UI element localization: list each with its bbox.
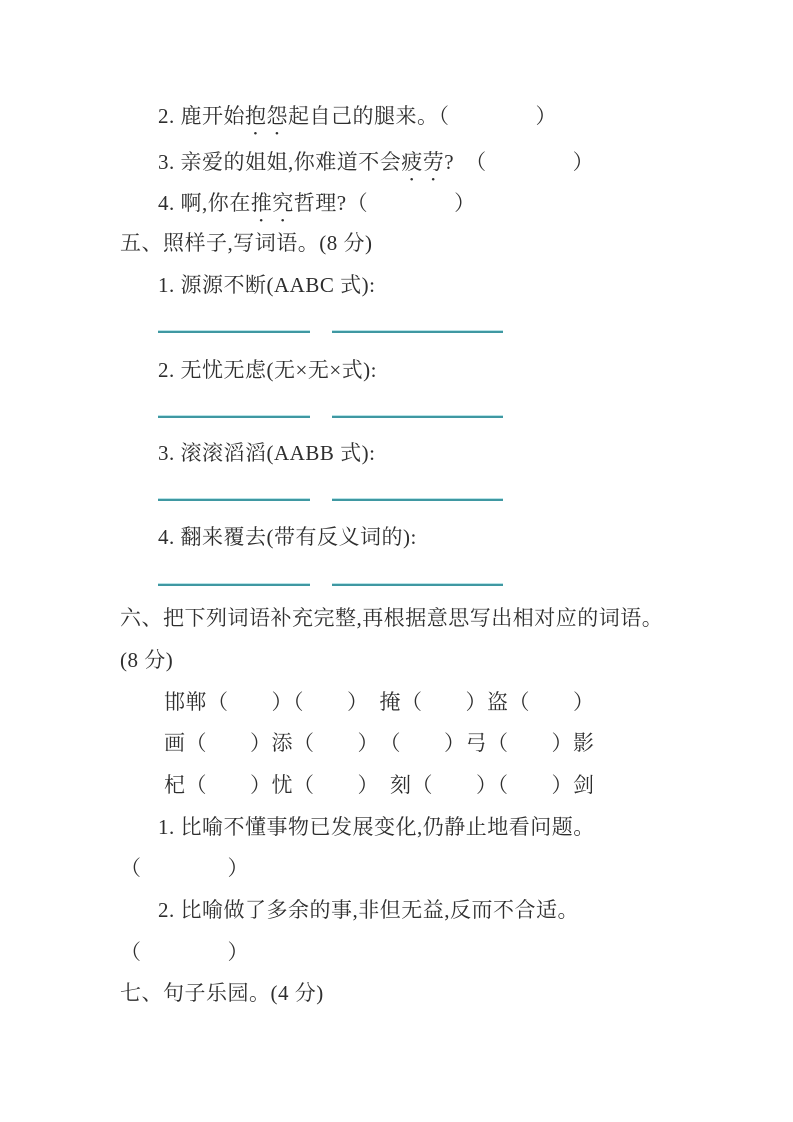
sentence-item-3: 3. 亲爱的姐姐,你难道不会疲劳? （ ） bbox=[158, 148, 594, 186]
sentence-item-2: 2. 鹿开始抱怨起自己的腿来。（ ） bbox=[158, 102, 557, 140]
sentence-3-pre: 3. 亲爱的姐姐,你难道不会 bbox=[158, 150, 401, 174]
section5-item-4: 4. 翻来覆去(带有反义词的): bbox=[158, 523, 417, 551]
answer-blank-line bbox=[332, 416, 503, 418]
sentence-3-emphasized-word: 疲劳 bbox=[401, 150, 444, 174]
section6-question-1: 1. 比喻不懂事物已发展变化,仍静止地看问题。 bbox=[158, 813, 595, 841]
idiom-fill-row-1: 邯郸（ ）（ ） 掩（ ）盗（ ） bbox=[164, 688, 595, 716]
answer-blank-line bbox=[158, 416, 310, 418]
answer-blank-row-4 bbox=[158, 584, 503, 588]
sentence-3-post: ? （ ） bbox=[444, 150, 594, 174]
answer-blank-row-3 bbox=[158, 499, 503, 503]
answer-blank-line bbox=[158, 331, 310, 333]
worksheet-page: 2. 鹿开始抱怨起自己的腿来。（ ） 3. 亲爱的姐姐,你难道不会疲劳? （ ）… bbox=[0, 0, 793, 1122]
section5-item-1: 1. 源源不断(AABC 式): bbox=[158, 271, 375, 299]
section5-item-3: 3. 滚滚滔滔(AABB 式): bbox=[158, 439, 375, 467]
answer-blank-line bbox=[158, 499, 310, 501]
idiom-fill-row-3: 杞（ ）忧（ ） 刻（ ）（ ）剑 bbox=[164, 771, 595, 799]
answer-blank-line bbox=[332, 499, 503, 501]
section6-answer-paren-1: （ ） bbox=[120, 854, 249, 882]
section6-question-2: 2. 比喻做了多余的事,非但无益,反而不合适。 bbox=[158, 896, 579, 924]
sentence-4-pre: 4. 啊,你在 bbox=[158, 191, 251, 215]
section7-header: 七、句子乐园。(4 分) bbox=[120, 979, 324, 1007]
section6-score: (8 分) bbox=[120, 646, 173, 674]
section6-header: 六、把下列词语补充完整,再根据意思写出相对应的词语。 bbox=[120, 604, 663, 632]
section5-header: 五、照样子,写词语。(8 分) bbox=[120, 229, 373, 257]
answer-blank-line bbox=[158, 584, 310, 586]
sentence-2-pre: 2. 鹿开始 bbox=[158, 104, 245, 128]
sentence-2-emphasized-word: 抱怨 bbox=[245, 104, 288, 128]
section6-answer-paren-2: （ ） bbox=[120, 938, 249, 966]
idiom-fill-row-2: 画（ ）添（ ） （ ）弓（ ）影 bbox=[164, 729, 595, 757]
answer-blank-line bbox=[332, 331, 503, 333]
answer-blank-row-2 bbox=[158, 416, 503, 420]
answer-blank-row-1 bbox=[158, 331, 503, 335]
answer-blank-line bbox=[332, 584, 503, 586]
section5-item-2: 2. 无忧无虑(无×无×式): bbox=[158, 356, 377, 384]
sentence-4-post: 哲理?（ ） bbox=[294, 191, 476, 215]
sentence-4-emphasized-word: 推究 bbox=[251, 191, 294, 215]
sentence-item-4: 4. 啊,你在推究哲理?（ ） bbox=[158, 189, 476, 227]
sentence-2-post: 起自己的腿来。（ ） bbox=[288, 104, 557, 128]
